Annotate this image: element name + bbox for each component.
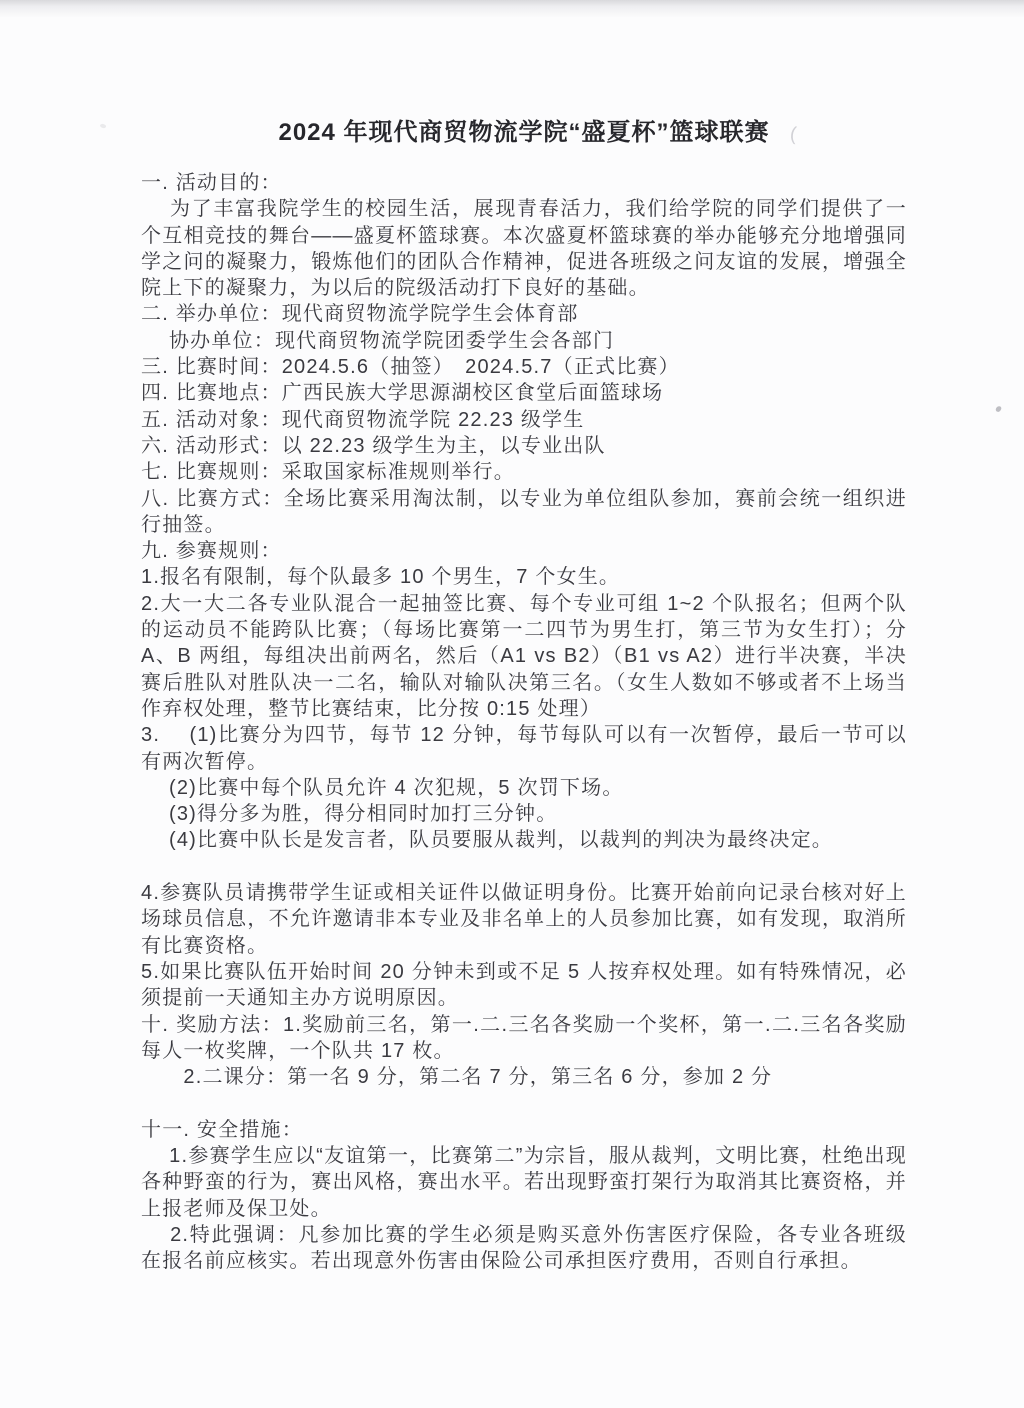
paragraph: 十一. 安全措施： [141, 1117, 907, 1143]
paragraph: 2.二课分：第一名 9 分，第二名 7 分，第三名 6 分，参加 2 分 [141, 1064, 907, 1090]
paragraph: 二. 举办单位：现代商贸物流学院学生会体育部 [141, 301, 907, 327]
paragraph: 2.特此强调：凡参加比赛的学生必须是购买意外伤害医疗保险，各专业各班级在报名前应… [141, 1222, 907, 1275]
document-body: 一. 活动目的： 为了丰富我院学生的校园生活，展现青春活力，我们给学院的同学们提… [141, 170, 907, 1274]
blank-line [141, 854, 907, 880]
paragraph: 八. 比赛方式：全场比赛采用淘汰制，以专业为单位组队参加，赛前会统一组织进行抽签… [141, 486, 907, 539]
paragraph: 为了丰富我院学生的校园生活，展现青春活力，我们给学院的同学们提供了一个互相竞技的… [141, 196, 907, 301]
paragraph: 4.参赛队员请携带学生证或相关证件以做证明身份。比赛开始前向记录台核对好上场球员… [141, 880, 907, 959]
paragraph: (3)得分多为胜，得分相同时加打三分钟。 [141, 801, 907, 827]
scan-speckle [995, 405, 1002, 413]
scanned-page: 2024 年现代商贸物流学院“盛夏杯”篮球联赛 ( 一. 活动目的： 为了丰富我… [0, 0, 1024, 1408]
paragraph: 五. 活动对象：现代商贸物流学院 22.23 级学生 [141, 407, 907, 433]
scan-speckle [99, 123, 106, 129]
paragraph: 六. 活动形式：以 22.23 级学生为主，以专业出队 [141, 433, 907, 459]
paragraph: 1.报名有限制，每个队最多 10 个男生，7 个女生。 [141, 564, 907, 590]
paragraph: 一. 活动目的： [141, 170, 907, 196]
blank-line [141, 1090, 907, 1116]
paragraph: 七. 比赛规则：采取国家标准规则举行。 [141, 459, 907, 485]
paragraph: 协办单位：现代商贸物流学院团委学生会各部门 [141, 328, 907, 354]
paragraph: 九. 参赛规则： [141, 538, 907, 564]
paragraph: 2.大一大二各专业队混合一起抽签比赛、每个专业可组 1~2 个队报名；但两个队的… [141, 591, 907, 722]
paragraph: 十. 奖励方法：1.奖励前三名，第一.二.三名各奖励一个奖杯，第一.二.三名各奖… [141, 1012, 907, 1065]
paragraph: 5.如果比赛队伍开始时间 20 分钟未到或不足 5 人按弃权处理。如有特殊情况，… [141, 959, 907, 1012]
paragraph: (2)比赛中每个队员允许 4 次犯规，5 次罚下场。 [141, 775, 907, 801]
paragraph: 三. 比赛时间：2024.5.6（抽签） 2024.5.7（正式比赛） [141, 354, 907, 380]
scan-edge-shadow [0, 0, 1024, 18]
paragraph: 1.参赛学生应以“友谊第一，比赛第二”为宗旨，服从裁判，文明比赛，杜绝出现各种野… [141, 1143, 907, 1222]
paragraph: 3. (1)比赛分为四节，每节 12 分钟，每节每队可以有一次暂停，最后一节可以… [141, 722, 907, 775]
paragraph: (4)比赛中队长是发言者，队员要服从裁判，以裁判的判决为最终决定。 [141, 827, 907, 853]
paragraph: 四. 比赛地点：广西民族大学思源湖校区食堂后面篮球场 [141, 380, 907, 406]
